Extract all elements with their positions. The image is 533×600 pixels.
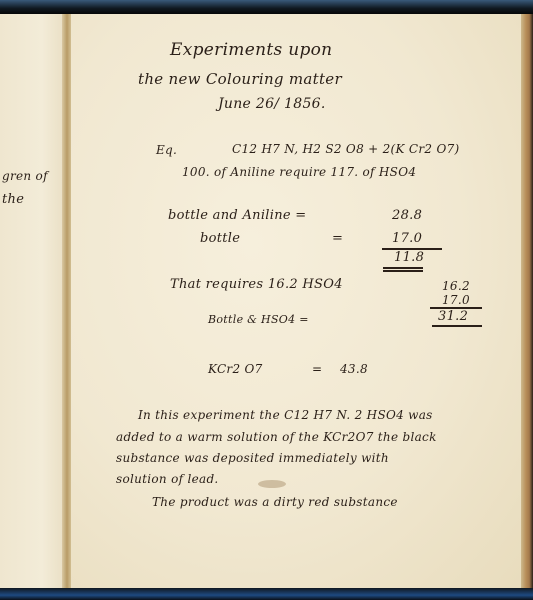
paragraph-line: solution of lead. xyxy=(116,472,219,486)
scanner-bottom-border xyxy=(0,588,533,600)
left-page-fragment: gren of xyxy=(2,169,48,183)
heading-line2: the new Colouring matter xyxy=(138,70,342,88)
weight-eq: = xyxy=(332,231,343,246)
heading-line1: Experiments upon xyxy=(170,40,332,60)
heading-date: June 26/ 1856. xyxy=(218,96,326,112)
paragraph-line: substance was deposited immediately with xyxy=(116,451,389,465)
kcro-eq: = xyxy=(312,362,322,376)
paragraph-line: added to a warm solution of the KCr2O7 t… xyxy=(116,430,437,444)
requires-line: That requires 16.2 HSO4 xyxy=(170,277,343,292)
page-edge xyxy=(521,14,533,589)
underline xyxy=(383,270,423,272)
requirement-line: 100. of Aniline require 117. of HSO4 xyxy=(182,165,416,179)
final-line: The product was a dirty red substance xyxy=(152,495,398,509)
bottle-hso4-line: Bottle & HSO4 = xyxy=(208,313,309,326)
kcro-label: KCr2 O7 xyxy=(208,362,263,376)
ink-blot xyxy=(258,480,286,488)
left-page: gren of the xyxy=(0,14,70,589)
sum-total: 31.2 xyxy=(438,309,468,324)
paragraph-line: In this experiment the C12 H7 N. 2 HSO4 … xyxy=(138,408,433,422)
underline xyxy=(383,267,423,269)
underline xyxy=(432,325,482,327)
sum-value: 17.0 xyxy=(442,293,470,307)
equation-formula: C12 H7 N, H2 S2 O8 + 2(K Cr2 O7) xyxy=(232,142,460,156)
kcro-value: 43.8 xyxy=(340,362,368,376)
equation-prefix: Eq. xyxy=(156,143,177,157)
weight-result: 11.8 xyxy=(394,250,424,265)
weight-label: bottle xyxy=(200,231,240,246)
weight-value: 28.8 xyxy=(392,208,422,223)
weight-value: 17.0 xyxy=(392,231,422,246)
sum-value: 16.2 xyxy=(442,279,470,293)
weight-label: bottle and Aniline = xyxy=(168,208,306,223)
left-page-fragment: the xyxy=(2,192,24,207)
scanner-top-border xyxy=(0,0,533,14)
